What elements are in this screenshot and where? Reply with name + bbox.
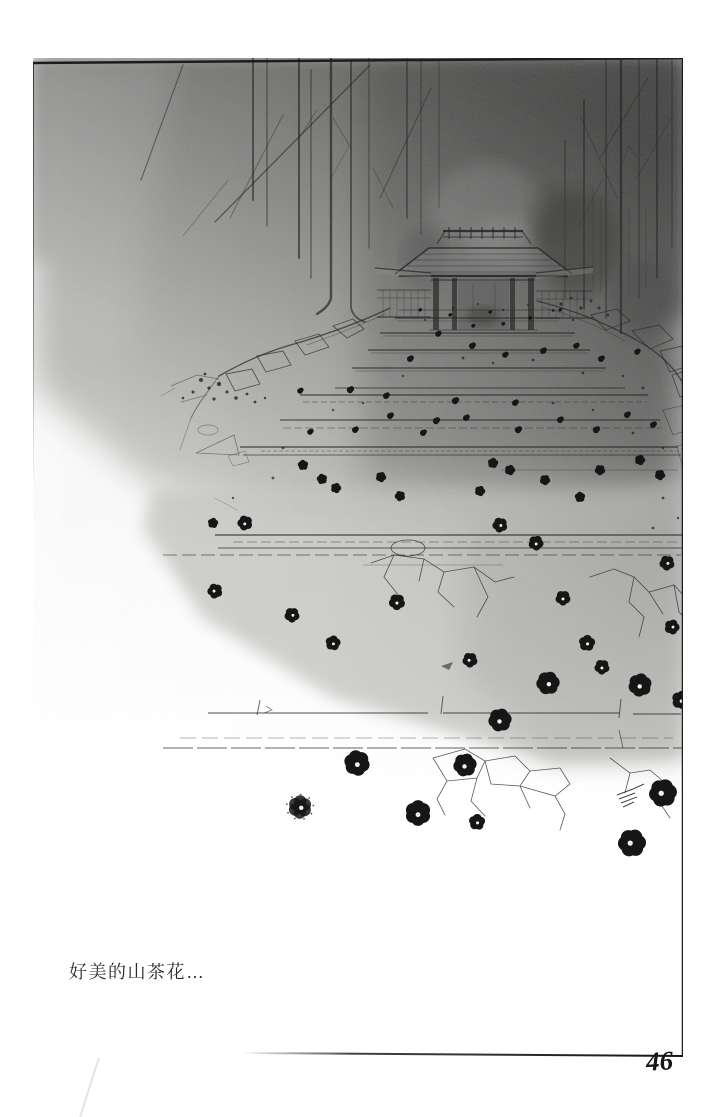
flower-center [355, 762, 360, 767]
flower-center [666, 562, 669, 565]
flower-center [562, 598, 565, 601]
panel-illustration [33, 58, 683, 1058]
flower-center [476, 821, 479, 824]
flower-center [586, 642, 589, 645]
flower-center [547, 682, 551, 686]
flower-center [497, 719, 501, 723]
flower-center [243, 523, 246, 526]
flower-center [468, 659, 471, 662]
flower-center [416, 812, 421, 817]
flower-center [213, 590, 216, 593]
camellia-flower [406, 800, 430, 826]
flower-center [628, 840, 633, 845]
flower-center [332, 642, 335, 645]
flower-center [672, 626, 675, 629]
flower-center [601, 667, 604, 670]
manga-page: 好美的山茶花… 46 [0, 0, 721, 1117]
flower-center [291, 614, 294, 617]
page-number: 46 [645, 1045, 674, 1077]
flower-center [462, 764, 466, 768]
flower-center [299, 806, 303, 810]
flower-center [638, 684, 642, 688]
flower-center [659, 791, 664, 796]
flower-center [499, 524, 502, 527]
caption-text: 好美的山茶花… [69, 959, 206, 985]
flower-center [395, 602, 398, 605]
flower-center [535, 543, 538, 546]
